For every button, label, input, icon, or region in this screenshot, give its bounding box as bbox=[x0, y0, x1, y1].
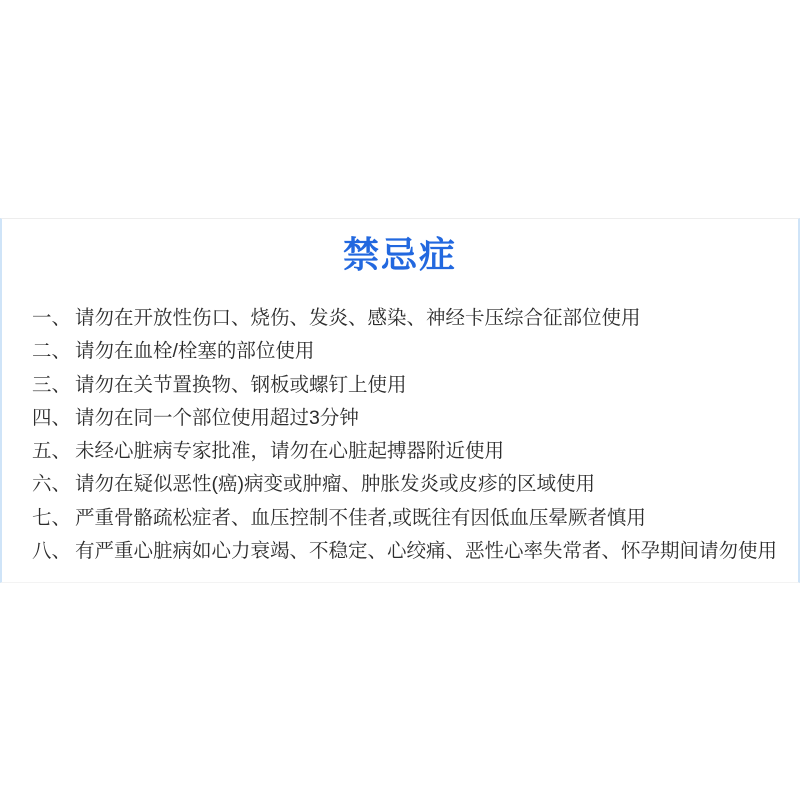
item-text: 请勿在关节置换物、钢板或螺钉上使用 bbox=[75, 374, 407, 396]
list-item: 四、请勿在同一个部位使用超过3分钟 bbox=[32, 402, 790, 435]
list-item: 二、请勿在血栓/栓塞的部位使用 bbox=[32, 335, 790, 368]
item-number: 七、 bbox=[32, 507, 71, 529]
list-item: 一、请勿在开放性伤口、烧伤、发炎、感染、神经卡压综合征部位使用 bbox=[32, 302, 790, 335]
list-item: 六、请勿在疑似恶性(癌)病变或肿瘤、肿胀发炎或皮疹的区域使用 bbox=[32, 468, 790, 501]
item-number: 六、 bbox=[32, 473, 71, 495]
contraindication-list: 一、请勿在开放性伤口、烧伤、发炎、感染、神经卡压综合征部位使用二、请勿在血栓/栓… bbox=[2, 302, 798, 568]
item-number: 四、 bbox=[32, 407, 71, 429]
item-text: 请勿在同一个部位使用超过3分钟 bbox=[75, 407, 359, 429]
item-text: 严重骨骼疏松症者、血压控制不佳者,或既往有因低血压晕厥者慎用 bbox=[75, 507, 646, 529]
contraindications-card: 禁忌症 一、请勿在开放性伤口、烧伤、发炎、感染、神经卡压综合征部位使用二、请勿在… bbox=[0, 218, 800, 583]
item-number: 三、 bbox=[32, 374, 71, 396]
list-item: 七、严重骨骼疏松症者、血压控制不佳者,或既往有因低血压晕厥者慎用 bbox=[32, 502, 790, 535]
list-item: 八、有严重心脏病如心力衰竭、不稳定、心绞痛、恶性心率失常者、怀孕期间请勿使用 bbox=[32, 535, 790, 568]
item-text: 请勿在开放性伤口、烧伤、发炎、感染、神经卡压综合征部位使用 bbox=[75, 307, 641, 329]
item-number: 八、 bbox=[32, 540, 71, 562]
item-number: 五、 bbox=[32, 440, 71, 462]
item-text: 请勿在疑似恶性(癌)病变或肿瘤、肿胀发炎或皮疹的区域使用 bbox=[75, 473, 595, 495]
item-text: 有严重心脏病如心力衰竭、不稳定、心绞痛、恶性心率失常者、怀孕期间请勿使用 bbox=[75, 540, 777, 562]
page-title: 禁忌症 bbox=[2, 233, 798, 277]
item-number: 一、 bbox=[32, 307, 71, 329]
item-number: 二、 bbox=[32, 340, 71, 362]
item-text: 请勿在血栓/栓塞的部位使用 bbox=[75, 340, 314, 362]
page: 禁忌症 一、请勿在开放性伤口、烧伤、发炎、感染、神经卡压综合征部位使用二、请勿在… bbox=[0, 0, 800, 800]
item-text: 未经心脏病专家批准，请勿在心脏起搏器附近使用 bbox=[75, 440, 504, 462]
list-item: 五、未经心脏病专家批准，请勿在心脏起搏器附近使用 bbox=[32, 435, 790, 468]
list-item: 三、请勿在关节置换物、钢板或螺钉上使用 bbox=[32, 369, 790, 402]
